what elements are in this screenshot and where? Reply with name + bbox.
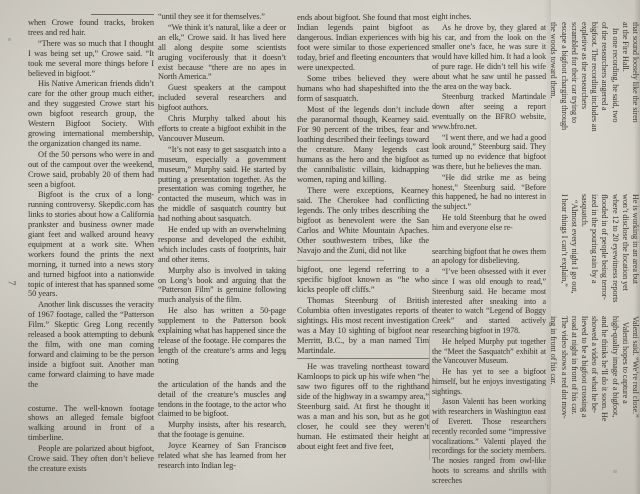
ink-speck	[613, 470, 617, 473]
paragraph: Jason Valenti has been working with rese…	[432, 397, 546, 485]
article-column-4: eight inches.As he drove by, they glared…	[432, 12, 546, 494]
paragraph: He told Steenburg that he owed him and e…	[432, 213, 546, 233]
paragraph: “We think it’s natural, like a deer or a…	[158, 23, 286, 82]
paragraph: “I went there, and we had a good look ar…	[432, 133, 546, 172]
paste-seam-gap	[28, 391, 154, 404]
ink-speck	[283, 349, 286, 355]
ink-speck	[8, 38, 11, 41]
paragraph: He also has written a 50-page supplement…	[158, 306, 286, 365]
rotated-line: at the Fire Hall.	[620, 22, 630, 190]
rotated-line: In one recording, he said, two	[609, 22, 619, 190]
paragraph: He was traveling northeast toward Kamloo…	[297, 361, 429, 451]
paragraph: “It’s not easy to get sasquatch into a m…	[158, 145, 286, 224]
page-number: 7	[6, 281, 17, 293]
rotated-line: escape a bigfoot charging through	[558, 22, 568, 190]
paragraph: Some tribes believed they were humans wh…	[297, 73, 429, 103]
rotated-line: ing in front of his car.	[548, 316, 558, 484]
rotated-line: I hear things I can’t explain,”	[558, 194, 568, 310]
paragraph: Most of the legends don’t include the pa…	[297, 104, 429, 184]
rotated-line: “Almost every night I go out,	[569, 194, 579, 310]
rotated-line: that sound loosely like the siren	[630, 22, 640, 190]
paragraph: People are polarized about bigfoot, Crow…	[28, 444, 154, 474]
article-column-2: “until they see it for themselves.”“We t…	[158, 12, 286, 494]
paragraph: Steenburg tracked Martindale down after …	[432, 92, 546, 131]
rotated-line: He is working in an area but	[630, 194, 640, 310]
paste-seam-gap	[432, 234, 546, 247]
paragraph: searching bigfoot that he owes them an a…	[432, 247, 546, 267]
paragraph: “There was so much that I thought I was …	[28, 39, 154, 79]
rotated-line: scrambled for their car trying to	[569, 22, 579, 190]
ink-speck	[283, 394, 285, 399]
rotated-text-band: He is working in an area butwon’t disclo…	[548, 194, 640, 310]
article-column-3: ends about bigfoot. She found that most …	[297, 12, 429, 494]
rotated-line: won’t disclose the location yet	[620, 194, 630, 310]
rotated-text-band: that sound loosely like the sirenat the …	[548, 22, 640, 190]
paragraph: His Native American friends didn’t care …	[28, 79, 154, 148]
rotated-line: the woods toward them.	[548, 22, 558, 190]
article-column-1: when Crowe found tracks, broken trees an…	[28, 12, 154, 494]
paste-seam-gap	[158, 367, 286, 380]
rotated-clipping-inner: that sound loosely like the sirenat the …	[548, 0, 640, 494]
paragraph: Murphy insists, after his research, that…	[158, 420, 286, 440]
paragraph: “He did strike me as being honest,” Stee…	[432, 173, 546, 212]
rotated-line: high-quality image of a bigfoot,	[609, 316, 619, 484]
rotated-line: of the researchers angered a	[599, 22, 609, 190]
divider-rule	[297, 260, 384, 261]
rotated-line: ized in the pouring rain by a	[589, 194, 599, 310]
rotated-line: lieved to be a bigfoot crossing a	[579, 316, 589, 484]
paragraph: Bigfoot is the crux of a long-running co…	[28, 190, 154, 299]
paragraph: Of the 50 persons who were in and out of…	[28, 150, 154, 190]
rotated-line: Valenti hopes to capture a	[620, 316, 630, 484]
paragraph: As he drove by, they glared at his car, …	[432, 23, 546, 92]
paragraph: He has yet to see a bigfoot himself, but…	[432, 367, 546, 396]
rotated-line: bigfoot. The recording includes an	[589, 22, 599, 190]
paragraph: the articulation of the hands and the de…	[158, 380, 286, 420]
paragraph: Joyce Kearney of San Francisco related w…	[158, 441, 286, 471]
paragraph: “until they see it for themselves.”	[158, 12, 286, 22]
paragraph: Murphy also is involved in taking on Lon…	[158, 266, 286, 306]
rotated-line: expletive as the researchers	[579, 22, 589, 190]
rotated-line: sasquatch.	[579, 194, 589, 310]
column-divider-line	[429, 336, 430, 460]
paragraph: when Crowe found tracks, broken trees an…	[28, 18, 154, 38]
rotated-line: The video shows a red dot mov-	[558, 316, 568, 484]
paragraph: He helped Murphy put together the “Meet …	[432, 337, 546, 366]
paragraph: ends about bigfoot. She found that most …	[297, 12, 429, 72]
rotated-line: showed a video of what he be-	[589, 316, 599, 484]
paragraph: There were exceptions, Kearney said. The…	[297, 185, 429, 255]
rotated-text-band: Valenti said. “We’re real close.” Valent…	[548, 316, 640, 484]
rotated-line: flooded in of people being terror-	[599, 194, 609, 310]
paragraph: He ended up with an overwhelming respons…	[158, 225, 286, 265]
paragraph: “I’ve been obsessed with it ever since I…	[432, 267, 546, 336]
rotated-line: and he thinks he’ll do it soon. He	[599, 316, 609, 484]
rotated-line: road at night in front of his car.	[569, 316, 579, 484]
paragraph: bigfoot, one legend referring to a speci…	[297, 264, 429, 294]
paragraph: eight inches.	[432, 12, 546, 22]
divider-rule	[297, 358, 429, 359]
paragraph: costume. The well-known footage shows an…	[28, 404, 154, 444]
divider-rule	[91, 14, 154, 15]
rotated-line: Valenti said. “We’re real close.”	[630, 316, 640, 484]
paragraph: Thomas Steenburg of British Columbia oft…	[297, 295, 429, 355]
scanned-newspaper-page: 7 when Crowe found tracks, broken trees …	[0, 0, 640, 494]
ink-speck	[282, 444, 285, 448]
paragraph: Chris Murphy talked about his efforts to…	[158, 114, 286, 144]
paragraph: Another link discusses the veracity of 1…	[28, 300, 154, 389]
rotated-margin-clipping: that sound loosely like the sirenat the …	[548, 0, 640, 494]
rotated-line: where 12 to 20 eyewitness reports	[609, 194, 619, 310]
paragraph: Guest speakers at the campout included s…	[158, 83, 286, 113]
